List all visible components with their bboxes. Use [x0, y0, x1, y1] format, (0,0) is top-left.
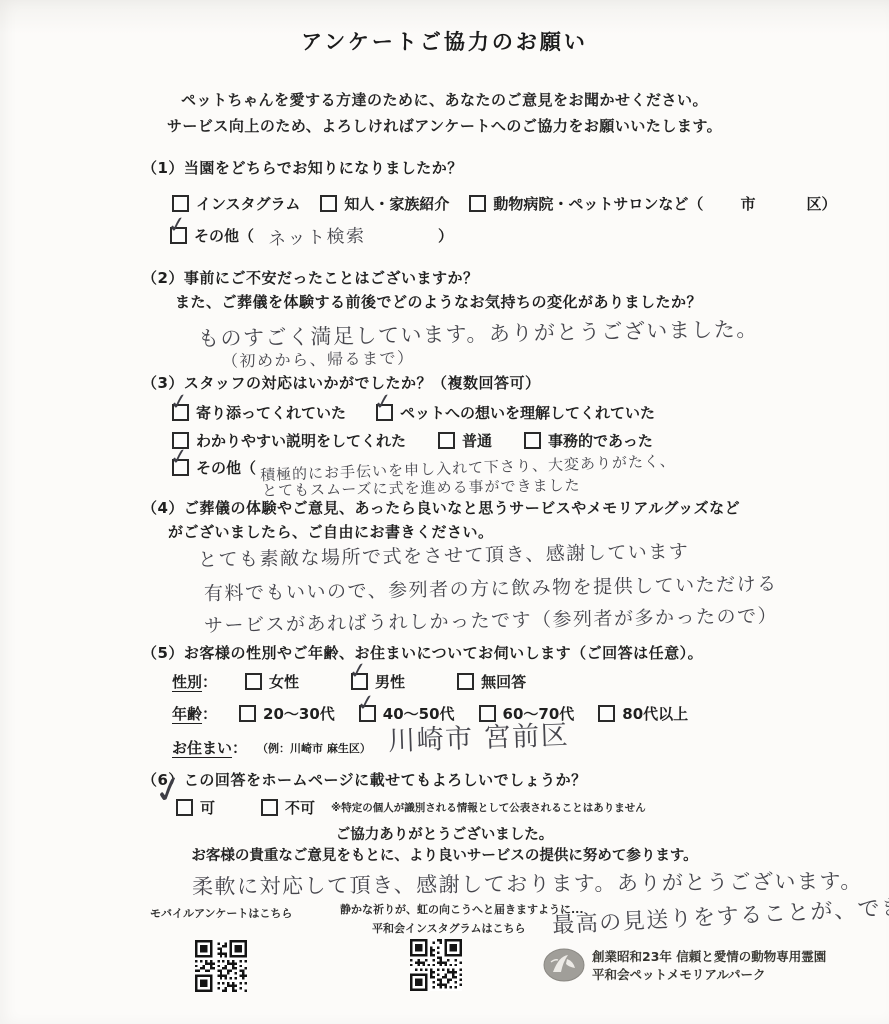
option-vet-salon: 動物病院・ペットサロンなど（ 市 区）	[469, 193, 836, 214]
paren-close: ）	[438, 225, 453, 246]
gender-label: 性別：	[172, 671, 217, 692]
intro-line-2: サービス向上のため、よろしければアンケートへのご協力をお願いいたします。	[0, 114, 889, 140]
option-other: ✓ その他（	[172, 457, 256, 478]
instagram-label: 平和会インスタグラムはこちら	[372, 920, 526, 936]
company-line-1: 創業昭和23年 信頼と愛情の動物専用霊園	[592, 948, 826, 966]
company-logo-icon	[543, 948, 585, 986]
checkbox: ✓	[359, 705, 376, 722]
option-label: わかりやすい説明をしてくれた	[196, 430, 406, 451]
option-label: その他（	[196, 457, 256, 478]
option-no-answer: 無回答	[457, 671, 526, 692]
handwritten-answer-q4-line3: サービスがあればうれしかったです（参列者が多かったので）	[204, 601, 778, 638]
question-2-label-2: また、ご葬儀を体験する前後でどのようなお気持ちの変化がありましたか？	[175, 291, 702, 312]
checkmark-icon: ✓	[167, 213, 188, 237]
option-label: 女性	[269, 671, 299, 692]
option-businesslike: 事務的であった	[524, 430, 653, 451]
handwritten-answer-q5-residence: 川崎市 宮前区	[387, 713, 569, 758]
checkbox	[598, 705, 615, 722]
option-male: ✓ 男性	[351, 671, 405, 692]
residence-label: お住まい：	[172, 737, 247, 758]
question-2-label: （2）事前にご不安だったことはございますか？	[142, 267, 478, 288]
checkbox	[261, 799, 278, 816]
option-label: 80代以上	[622, 703, 688, 724]
checkmark-icon: ✓	[169, 391, 190, 415]
option-label: 20〜30代	[263, 703, 335, 724]
checkbox	[239, 705, 256, 722]
option-label: その他（	[194, 225, 254, 246]
checkbox: ✓	[376, 404, 393, 421]
checkbox	[438, 432, 455, 449]
question-4-label: （4）ご葬儀の体験やご意見、あったら良いなと思うサービスやメモリアルグッズなど	[142, 497, 740, 518]
qr-code-mobile-survey-icon	[195, 940, 247, 992]
option-understood-feelings: ✓ ペットへの想いを理解してくれていた	[376, 402, 655, 423]
checkbox: ✓	[176, 799, 193, 816]
option-female: 女性	[245, 671, 299, 692]
question-1-label: （1）当園をどちらでお知りになりましたか？	[142, 157, 463, 178]
intro-line-1: ペットちゃんを愛する方達のために、あなたのご意見をお聞かせください。	[0, 88, 889, 114]
checkmark-icon: ✓	[348, 660, 369, 684]
question-4-label-2: がございましたら、ご自由にお書きください。	[168, 521, 494, 542]
checkbox	[245, 673, 262, 690]
option-label: ペットへの想いを理解してくれていた	[400, 402, 655, 423]
handwritten-footer-line1: 柔軟に対応して頂き、感謝しております。ありがとうございます。	[192, 865, 863, 901]
option-label: インスタグラム	[196, 193, 300, 214]
mobile-survey-label: モバイルアンケートはこちら	[150, 905, 292, 921]
question-3-other-row: ✓ その他（ 積極的にお手伝いを申し入れて下さり、大変ありがたく、	[172, 457, 676, 478]
thanks-line-2: お客様の貴重なご意見をもとに、より良いサービスの提供に努めて参ります。	[0, 844, 889, 865]
option-age-80-plus: 80代以上	[598, 703, 688, 724]
intro-text: ペットちゃんを愛する方達のために、あなたのご意見をお聞かせください。 サービス向…	[0, 88, 889, 140]
checkmark-icon: ✓	[169, 446, 190, 470]
page-title: アンケートご協力のお願い	[0, 26, 889, 56]
option-label: 普通	[462, 430, 492, 451]
scanned-survey-page: アンケートご協力のお願い ペットちゃんを愛する方達のために、あなたのご意見をお聞…	[0, 0, 889, 1024]
privacy-note: ※特定の個人が識別される情報として公表されることはありません	[331, 800, 646, 815]
checkmark-icon: ✓	[373, 391, 394, 415]
qr-code-instagram-icon	[410, 939, 462, 991]
option-age-20-30: 20〜30代	[239, 703, 335, 724]
checkbox	[457, 673, 474, 690]
question-1-other-row: ✓ その他（ ネット検索 ）	[170, 222, 453, 248]
question-3-options-row1: ✓ 寄り添ってくれていた ✓ ペットへの想いを理解してくれていた	[172, 402, 655, 423]
option-label: 知人・家族紹介	[344, 193, 449, 214]
residence-example: （例：川崎市 麻生区）	[257, 740, 371, 756]
company-line-2: 平和会ペットメモリアルパーク	[592, 966, 826, 984]
option-normal: 普通	[438, 430, 492, 451]
checkmark-icon: ✓	[355, 692, 376, 716]
option-clear-explanation: わかりやすい説明をしてくれた	[172, 430, 406, 451]
checkbox	[320, 195, 337, 212]
option-label: 動物病院・ペットサロンなど（	[493, 193, 703, 214]
option-other: ✓ その他（	[170, 225, 254, 246]
option-label: 無回答	[481, 671, 526, 692]
handwritten-answer-q4-line2: 有料でもいいので、参列者の方に飲み物を提供していただける	[204, 569, 778, 606]
option-label: 可	[200, 797, 215, 818]
option-allowed: ✓ 可	[176, 797, 215, 818]
option-not-allowed: 不可	[261, 797, 315, 818]
option-label: 不可	[285, 797, 315, 818]
company-info: 創業昭和23年 信頼と愛情の動物専用霊園 平和会ペットメモリアルパーク	[592, 948, 826, 984]
question-3-label: （3）スタッフの対応はいかがでしたか？（複数回答可）	[142, 372, 540, 393]
age-label: 年齢：	[172, 703, 217, 724]
question-3-options-row2: わかりやすい説明をしてくれた 普通 事務的であった	[172, 430, 653, 451]
option-instagram: インスタグラム	[172, 193, 300, 214]
option-label: 男性	[375, 671, 405, 692]
option-referral: 知人・家族紹介	[320, 193, 449, 214]
checkbox: ✓	[172, 404, 189, 421]
handwritten-answer-q1: ネット検索	[268, 219, 439, 251]
option-label: 事務的であった	[548, 430, 653, 451]
question-6-label: （6）この回答をホームページに載せてもよろしいでしょうか？	[142, 769, 587, 790]
question-1-options-row: インスタグラム 知人・家族紹介 動物病院・ペットサロンなど（ 市 区）	[172, 193, 836, 214]
instagram-caption: 静かな祈りが、虹の向こうへと届きますように...	[340, 901, 584, 917]
checkbox: ✓	[351, 673, 368, 690]
handwritten-answer-q2-line2: （初めから、帰るまで）	[222, 345, 415, 371]
option-label: 寄り添ってくれていた	[196, 402, 346, 423]
checkbox	[469, 195, 486, 212]
question-6-options-row: ✓ 可 不可 ※特定の個人が識別される情報として公表されることはありません	[176, 797, 646, 818]
checkbox: ✓	[172, 459, 189, 476]
question-5-gender-row: 性別： 女性 ✓ 男性 無回答	[172, 671, 526, 692]
handwritten-answer-q4-line1: とても素敵な場所で式をさせて頂き、感謝しています	[198, 537, 690, 573]
paren-ward-label: 区）	[806, 193, 836, 214]
option-supportive: ✓ 寄り添ってくれていた	[172, 402, 346, 423]
question-5-residence-row: お住まい： （例：川崎市 麻生区）	[172, 737, 371, 758]
checkbox: ✓	[170, 227, 187, 244]
question-5-label: （5）お客様の性別やご年齢、お住まいについてお伺いします（ご回答は任意）。	[142, 642, 703, 663]
thanks-line-1: ご協力ありがとうございました。	[0, 823, 889, 844]
paren-city-label: 市	[740, 193, 755, 214]
checkbox	[172, 195, 189, 212]
checkbox	[524, 432, 541, 449]
